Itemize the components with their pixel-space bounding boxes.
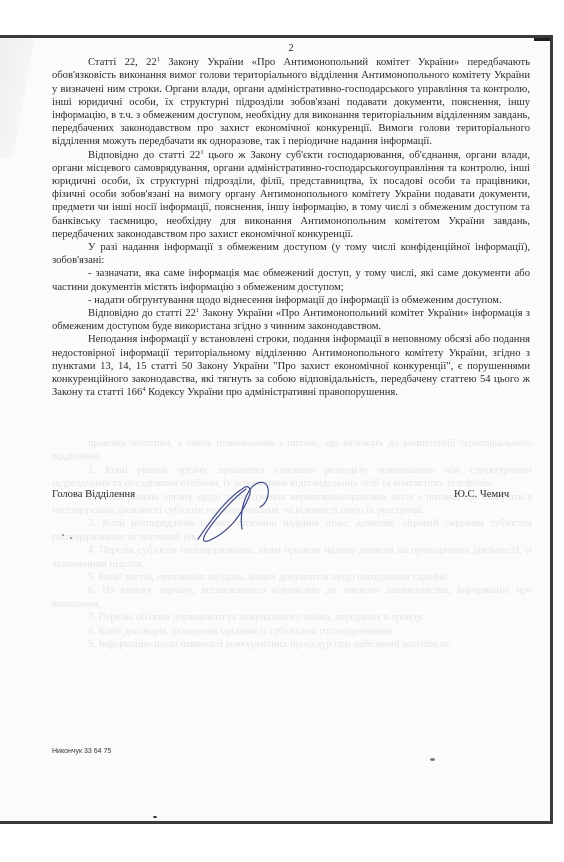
scan-speck xyxy=(153,816,157,818)
executor-contact: Никончук 33 64 75 xyxy=(52,748,111,755)
handwritten-signature-icon xyxy=(190,477,280,547)
scan-speck xyxy=(430,758,435,761)
paragraph-liability: Неподання інформації у встановлені строк… xyxy=(52,333,530,399)
paragraph-text: Закону України «Про Антимонопольний комі… xyxy=(52,57,530,147)
paragraph-text: цього ж Закону суб'єкти господарювання, … xyxy=(52,150,530,240)
page-curl-shadow xyxy=(0,38,36,158)
paragraph-obligation-to-provide: Відповідно до статті 221 цього ж Закону … xyxy=(52,149,530,241)
paragraph-articles-22: Статті 22, 221 Закону України «Про Антим… xyxy=(52,56,530,148)
paragraph-text: Статті 22, 22 xyxy=(88,57,157,68)
paragraph-text: У разі надання інформації з обмеженим до… xyxy=(52,242,530,266)
paragraph-text: Відповідно до статті 22 xyxy=(88,308,196,319)
scan-speck xyxy=(62,534,64,536)
paragraph-restricted-info-intro: У разі надання інформації з обмеженим до… xyxy=(52,241,530,267)
list-item-justification: - надати обгрунтування щодо віднесення і… xyxy=(52,294,530,307)
signature-block: Голова Відділення Ю.С. Чемич xyxy=(52,489,522,505)
page-number: 2 xyxy=(52,42,530,55)
list-item-specify-info: - зазначати, яка саме інформація має обм… xyxy=(52,267,530,293)
signatory-title: Голова Відділення xyxy=(52,489,135,500)
scan-speck xyxy=(70,537,72,539)
paragraph-use-of-info: Відповідно до статті 221 Закону України … xyxy=(52,307,530,333)
paragraph-text: Кодексу України про адміністративні прав… xyxy=(146,387,398,398)
signatory-name: Ю.С. Чемич xyxy=(454,489,509,500)
paragraph-text: Відповідно до статті 22 xyxy=(88,150,200,161)
paragraph-text: - зазначати, яка саме інформація має обм… xyxy=(52,268,530,292)
paragraph-text: - надати обгрунтування щодо віднесення і… xyxy=(88,295,502,306)
document-body: 2 Статті 22, 221 Закону України «Про Ант… xyxy=(52,42,530,399)
